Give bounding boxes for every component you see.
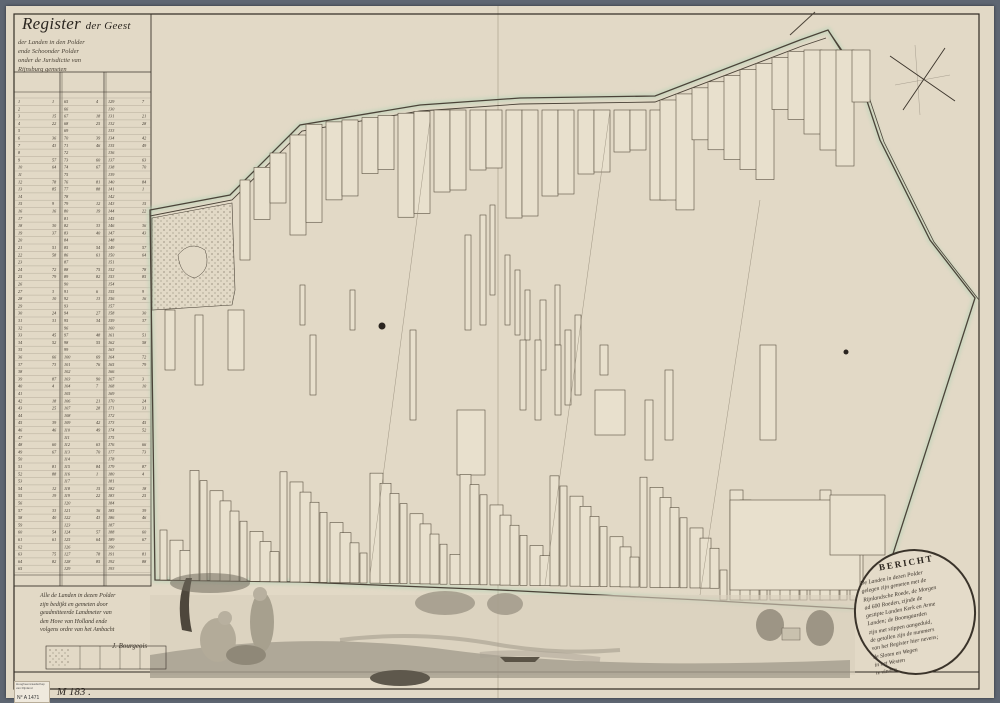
svg-text:132: 132 <box>108 121 114 126</box>
svg-text:111: 111 <box>64 435 70 440</box>
svg-text:28: 28 <box>18 296 23 301</box>
svg-text:9: 9 <box>142 289 145 294</box>
svg-text:46: 46 <box>18 428 23 433</box>
svg-text:155: 155 <box>108 289 114 294</box>
svg-text:180: 180 <box>108 471 115 476</box>
svg-text:75: 75 <box>52 552 56 557</box>
svg-text:27: 27 <box>18 289 23 294</box>
svg-text:55: 55 <box>18 493 22 498</box>
svg-text:75: 75 <box>96 267 100 272</box>
svg-text:81: 81 <box>52 464 56 469</box>
svg-text:34: 34 <box>18 340 22 345</box>
svg-text:70: 70 <box>64 136 69 141</box>
svg-text:83: 83 <box>64 230 68 235</box>
svg-text:22: 22 <box>18 252 22 257</box>
svg-text:49: 49 <box>18 449 23 454</box>
svg-text:82: 82 <box>52 559 56 564</box>
svg-text:1: 1 <box>18 99 20 104</box>
svg-text:67: 67 <box>142 537 147 542</box>
svg-text:76: 76 <box>96 362 101 367</box>
svg-text:114: 114 <box>64 457 70 462</box>
svg-text:85: 85 <box>142 274 146 279</box>
svg-text:57: 57 <box>18 508 23 513</box>
svg-text:102: 102 <box>64 369 70 374</box>
svg-text:78: 78 <box>52 179 57 184</box>
svg-text:171: 171 <box>108 406 114 411</box>
svg-text:65: 65 <box>64 99 68 104</box>
svg-text:86: 86 <box>64 252 69 257</box>
svg-text:63: 63 <box>18 552 22 557</box>
svg-text:7: 7 <box>18 143 21 148</box>
svg-text:177: 177 <box>108 449 115 454</box>
svg-text:3: 3 <box>142 376 144 381</box>
svg-text:52: 52 <box>52 340 56 345</box>
archive-stamp: Hoogheemraadschap van Rijnland N° A 1471 <box>14 681 50 703</box>
svg-text:159: 159 <box>108 318 115 323</box>
svg-text:193: 193 <box>108 566 114 571</box>
svg-text:18: 18 <box>18 223 23 228</box>
svg-text:58: 58 <box>52 252 57 257</box>
svg-text:61: 61 <box>18 537 22 542</box>
svg-text:139: 139 <box>108 172 115 177</box>
svg-text:43: 43 <box>52 143 56 148</box>
svg-text:36: 36 <box>18 355 23 360</box>
svg-text:190: 190 <box>108 544 115 549</box>
svg-text:138: 138 <box>108 165 115 170</box>
svg-text:1: 1 <box>142 187 144 192</box>
svg-text:34: 34 <box>96 318 100 323</box>
svg-text:46: 46 <box>96 143 101 148</box>
svg-text:75: 75 <box>64 172 68 177</box>
svg-text:36: 36 <box>52 136 57 141</box>
svg-text:179: 179 <box>108 464 115 469</box>
svg-text:15: 15 <box>96 486 100 491</box>
svg-text:10: 10 <box>52 296 57 301</box>
svg-text:142: 142 <box>108 194 114 199</box>
svg-text:170: 170 <box>108 398 115 403</box>
svg-text:53: 53 <box>18 479 22 484</box>
svg-text:100: 100 <box>64 355 71 360</box>
svg-text:6: 6 <box>18 136 21 141</box>
svg-text:147: 147 <box>108 230 115 235</box>
svg-text:51: 51 <box>18 464 22 469</box>
svg-text:148: 148 <box>108 238 115 243</box>
svg-text:28: 28 <box>96 406 101 411</box>
svg-text:131: 131 <box>108 114 114 119</box>
svg-text:140: 140 <box>108 179 115 184</box>
svg-text:192: 192 <box>108 559 114 564</box>
svg-text:24: 24 <box>142 398 146 403</box>
svg-text:59: 59 <box>18 522 23 527</box>
svg-text:28: 28 <box>142 121 147 126</box>
svg-text:134: 134 <box>108 136 114 141</box>
svg-text:2: 2 <box>18 106 20 111</box>
svg-text:101: 101 <box>64 362 70 367</box>
svg-text:10: 10 <box>18 165 23 170</box>
svg-text:45: 45 <box>52 333 56 338</box>
svg-text:33: 33 <box>52 508 56 513</box>
svg-text:160: 160 <box>108 325 115 330</box>
svg-text:98: 98 <box>64 340 69 345</box>
svg-text:152: 152 <box>108 267 114 272</box>
svg-text:35: 35 <box>18 347 22 352</box>
svg-text:55: 55 <box>96 340 100 345</box>
svg-text:49: 49 <box>96 428 101 433</box>
svg-text:40: 40 <box>96 230 101 235</box>
svg-text:90: 90 <box>64 282 69 287</box>
svg-text:19: 19 <box>96 209 101 214</box>
svg-text:60: 60 <box>18 530 23 535</box>
svg-text:81: 81 <box>142 552 146 557</box>
svg-text:158: 158 <box>108 311 115 316</box>
svg-text:26: 26 <box>18 282 23 287</box>
register-title: Register der Geest <box>22 14 131 34</box>
svg-text:41: 41 <box>18 391 22 396</box>
surveyor-signature: J. Bourgeois <box>112 642 147 650</box>
svg-text:84: 84 <box>142 179 146 184</box>
svg-text:31: 31 <box>52 318 56 323</box>
svg-text:73: 73 <box>52 362 56 367</box>
svg-text:57: 57 <box>52 157 57 162</box>
svg-text:25: 25 <box>96 121 100 126</box>
svg-text:165: 165 <box>108 362 114 367</box>
svg-text:106: 106 <box>64 398 71 403</box>
svg-text:54: 54 <box>18 486 22 491</box>
svg-text:105: 105 <box>64 391 70 396</box>
svg-text:64: 64 <box>96 537 100 542</box>
svg-text:109: 109 <box>64 420 71 425</box>
svg-text:4: 4 <box>142 471 144 476</box>
svg-text:178: 178 <box>108 457 115 462</box>
svg-text:39: 39 <box>52 420 57 425</box>
svg-text:121: 121 <box>64 508 70 513</box>
svg-text:8: 8 <box>18 150 21 155</box>
svg-text:45: 45 <box>18 420 22 425</box>
svg-text:129: 129 <box>108 99 115 104</box>
svg-text:42: 42 <box>96 420 100 425</box>
svg-text:129: 129 <box>64 566 71 571</box>
svg-text:66: 66 <box>142 442 147 447</box>
svg-text:169: 169 <box>108 391 115 396</box>
svg-text:130: 130 <box>108 106 115 111</box>
svg-text:37: 37 <box>142 318 147 323</box>
svg-text:127: 127 <box>64 552 71 557</box>
svg-text:23: 23 <box>18 260 22 265</box>
svg-text:123: 123 <box>64 522 70 527</box>
svg-text:37: 37 <box>52 230 57 235</box>
svg-text:58: 58 <box>142 340 147 345</box>
svg-text:73: 73 <box>64 157 68 162</box>
svg-text:185: 185 <box>108 508 114 513</box>
svg-text:87: 87 <box>64 260 69 265</box>
svg-text:164: 164 <box>108 355 114 360</box>
svg-text:12: 12 <box>96 201 100 206</box>
svg-text:89: 89 <box>64 274 69 279</box>
bericht-text: De Landen in dezen Polder gelegen zijn g… <box>860 563 976 678</box>
svg-text:60: 60 <box>142 530 147 535</box>
svg-text:90: 90 <box>96 376 101 381</box>
svg-text:17: 17 <box>18 216 23 221</box>
svg-text:5: 5 <box>18 128 20 133</box>
svg-text:166: 166 <box>108 369 115 374</box>
svg-text:66: 66 <box>64 106 69 111</box>
svg-text:157: 157 <box>108 303 115 308</box>
svg-text:115: 115 <box>64 464 70 469</box>
svg-text:57: 57 <box>96 530 101 535</box>
svg-text:52: 52 <box>142 428 146 433</box>
svg-text:122: 122 <box>64 515 70 520</box>
svg-text:145: 145 <box>108 216 114 221</box>
svg-text:25: 25 <box>52 406 56 411</box>
svg-text:87: 87 <box>142 464 147 469</box>
svg-text:48: 48 <box>96 333 101 338</box>
svg-text:10: 10 <box>142 384 147 389</box>
svg-text:11: 11 <box>18 172 22 177</box>
svg-text:149: 149 <box>108 245 115 250</box>
svg-text:14: 14 <box>18 194 22 199</box>
svg-text:12: 12 <box>52 486 56 491</box>
svg-text:9: 9 <box>18 157 21 162</box>
svg-text:24: 24 <box>52 311 56 316</box>
svg-text:119: 119 <box>64 493 71 498</box>
svg-text:71: 71 <box>64 143 68 148</box>
svg-text:72: 72 <box>52 267 56 272</box>
svg-text:78: 78 <box>64 194 69 199</box>
svg-text:37: 37 <box>18 362 23 367</box>
svg-text:120: 120 <box>64 501 71 506</box>
svg-text:181: 181 <box>108 479 114 484</box>
svg-text:77: 77 <box>64 187 69 192</box>
svg-text:43: 43 <box>18 406 22 411</box>
svg-text:65: 65 <box>18 566 22 571</box>
svg-text:67: 67 <box>52 449 57 454</box>
svg-text:69: 69 <box>96 355 101 360</box>
compass-rose-icon <box>890 45 955 115</box>
svg-text:22: 22 <box>52 121 56 126</box>
svg-text:6: 6 <box>96 289 99 294</box>
svg-text:30: 30 <box>142 311 147 316</box>
svg-text:79: 79 <box>52 274 57 279</box>
svg-text:82: 82 <box>96 274 100 279</box>
svg-text:33: 33 <box>18 333 22 338</box>
svg-text:85: 85 <box>96 559 100 564</box>
svg-text:61: 61 <box>52 537 56 542</box>
svg-text:16: 16 <box>18 209 23 214</box>
svg-text:173: 173 <box>108 420 114 425</box>
svg-text:68: 68 <box>64 121 69 126</box>
svg-text:42: 42 <box>18 398 22 403</box>
svg-text:141: 141 <box>108 187 114 192</box>
svg-text:167: 167 <box>108 376 115 381</box>
svg-text:97: 97 <box>64 333 69 338</box>
svg-text:186: 186 <box>108 515 115 520</box>
svg-text:30: 30 <box>18 311 23 316</box>
svg-text:58: 58 <box>18 515 23 520</box>
svg-text:51: 51 <box>142 333 146 338</box>
svg-text:4: 4 <box>18 121 20 126</box>
svg-text:18: 18 <box>52 398 57 403</box>
svg-text:118: 118 <box>64 486 71 491</box>
svg-text:38: 38 <box>18 369 23 374</box>
svg-text:112: 112 <box>64 442 70 447</box>
svg-text:24: 24 <box>18 267 22 272</box>
svg-text:168: 168 <box>108 384 115 389</box>
svg-text:70: 70 <box>142 165 147 170</box>
svg-text:43: 43 <box>142 230 146 235</box>
svg-text:46: 46 <box>52 428 57 433</box>
svg-text:113: 113 <box>64 449 70 454</box>
svg-text:88: 88 <box>96 187 101 192</box>
svg-text:70: 70 <box>96 449 101 454</box>
svg-text:137: 137 <box>108 157 115 162</box>
svg-text:161: 161 <box>108 333 114 338</box>
svg-text:162: 162 <box>108 340 114 345</box>
svg-text:13: 13 <box>96 296 100 301</box>
svg-text:80: 80 <box>64 209 69 214</box>
svg-text:88: 88 <box>142 559 147 564</box>
svg-text:81: 81 <box>96 179 100 184</box>
svg-text:12: 12 <box>18 179 22 184</box>
svg-text:22: 22 <box>142 209 146 214</box>
svg-text:1: 1 <box>52 99 54 104</box>
svg-text:116: 116 <box>64 471 71 476</box>
svg-text:39: 39 <box>96 136 101 141</box>
svg-text:85: 85 <box>52 187 56 192</box>
svg-text:133: 133 <box>108 128 114 133</box>
svg-text:156: 156 <box>108 296 115 301</box>
svg-text:135: 135 <box>108 143 114 148</box>
svg-text:9: 9 <box>52 201 55 206</box>
svg-text:40: 40 <box>52 515 57 520</box>
svg-text:69: 69 <box>64 128 69 133</box>
svg-text:62: 62 <box>18 544 22 549</box>
svg-text:20: 20 <box>18 238 23 243</box>
svg-text:85: 85 <box>64 245 68 250</box>
svg-text:84: 84 <box>64 238 68 243</box>
svg-text:67: 67 <box>96 165 101 170</box>
svg-text:146: 146 <box>108 223 115 228</box>
svg-text:91: 91 <box>64 289 68 294</box>
svg-text:184: 184 <box>108 501 114 506</box>
svg-text:29: 29 <box>18 303 23 308</box>
svg-text:15: 15 <box>18 201 22 206</box>
svg-text:50: 50 <box>18 457 23 462</box>
svg-text:39: 39 <box>18 376 23 381</box>
svg-text:126: 126 <box>64 544 71 549</box>
register-note: Alle de Landen in dezen Polder zijn bedi… <box>40 592 170 635</box>
svg-text:96: 96 <box>64 325 69 330</box>
svg-text:15: 15 <box>52 114 56 119</box>
svg-text:79: 79 <box>142 362 147 367</box>
svg-text:21: 21 <box>142 114 146 119</box>
svg-text:78: 78 <box>142 267 147 272</box>
svg-text:124: 124 <box>64 530 70 535</box>
svg-text:16: 16 <box>142 296 147 301</box>
svg-text:22: 22 <box>96 493 100 498</box>
svg-text:27: 27 <box>96 311 101 316</box>
svg-text:104: 104 <box>64 384 70 389</box>
svg-text:31: 31 <box>142 406 146 411</box>
svg-text:52: 52 <box>18 471 22 476</box>
svg-text:188: 188 <box>108 530 115 535</box>
svg-text:136: 136 <box>108 150 115 155</box>
svg-text:128: 128 <box>64 559 71 564</box>
svg-text:175: 175 <box>108 435 114 440</box>
svg-text:150: 150 <box>108 252 115 257</box>
svg-text:61: 61 <box>96 252 100 257</box>
svg-text:94: 94 <box>64 311 68 316</box>
sheet-number: M 183 . <box>57 686 91 698</box>
svg-text:57: 57 <box>142 245 147 250</box>
svg-text:174: 174 <box>108 428 114 433</box>
svg-text:117: 117 <box>64 479 71 484</box>
svg-text:182: 182 <box>108 486 114 491</box>
svg-text:125: 125 <box>64 537 70 542</box>
svg-text:72: 72 <box>64 150 68 155</box>
svg-text:172: 172 <box>108 413 114 418</box>
svg-text:64: 64 <box>52 165 56 170</box>
svg-text:67: 67 <box>64 114 69 119</box>
svg-text:78: 78 <box>96 552 101 557</box>
svg-text:3: 3 <box>52 289 54 294</box>
svg-text:183: 183 <box>108 493 114 498</box>
svg-text:43: 43 <box>96 515 100 520</box>
svg-text:31: 31 <box>18 318 22 323</box>
svg-text:25: 25 <box>142 493 146 498</box>
svg-text:4: 4 <box>96 99 98 104</box>
svg-text:47: 47 <box>18 435 23 440</box>
svg-text:60: 60 <box>52 442 57 447</box>
svg-text:46: 46 <box>142 515 147 520</box>
svg-text:1: 1 <box>96 471 98 476</box>
svg-text:36: 36 <box>96 508 101 513</box>
svg-text:144: 144 <box>108 209 114 214</box>
svg-text:16: 16 <box>52 209 57 214</box>
svg-text:30: 30 <box>52 223 57 228</box>
svg-text:72: 72 <box>142 355 146 360</box>
svg-text:54: 54 <box>96 245 100 250</box>
svg-text:93: 93 <box>64 303 68 308</box>
svg-text:19: 19 <box>18 230 23 235</box>
svg-text:33: 33 <box>96 223 100 228</box>
svg-text:54: 54 <box>52 530 56 535</box>
svg-text:45: 45 <box>142 420 146 425</box>
svg-text:7: 7 <box>96 384 99 389</box>
svg-text:107: 107 <box>64 406 71 411</box>
svg-text:82: 82 <box>64 223 68 228</box>
svg-text:84: 84 <box>96 464 100 469</box>
svg-text:95: 95 <box>64 318 68 323</box>
svg-text:189: 189 <box>108 537 115 542</box>
svg-text:64: 64 <box>142 252 146 257</box>
register-table: 1123154225636743895710641112781385141591… <box>14 14 151 586</box>
svg-text:32: 32 <box>18 325 22 330</box>
svg-text:42: 42 <box>142 136 146 141</box>
svg-text:110: 110 <box>64 428 71 433</box>
register-subtitle: der Landen in den Polder ende Schoonder … <box>18 38 148 74</box>
svg-text:21: 21 <box>18 245 22 250</box>
svg-text:103: 103 <box>64 376 70 381</box>
svg-text:19: 19 <box>52 493 57 498</box>
svg-text:44: 44 <box>18 413 22 418</box>
svg-text:151: 151 <box>108 260 114 265</box>
svg-text:154: 154 <box>108 282 114 287</box>
svg-text:49: 49 <box>142 143 147 148</box>
svg-text:48: 48 <box>18 442 23 447</box>
svg-text:187: 187 <box>108 522 115 527</box>
svg-text:4: 4 <box>52 384 54 389</box>
svg-text:13: 13 <box>18 187 22 192</box>
